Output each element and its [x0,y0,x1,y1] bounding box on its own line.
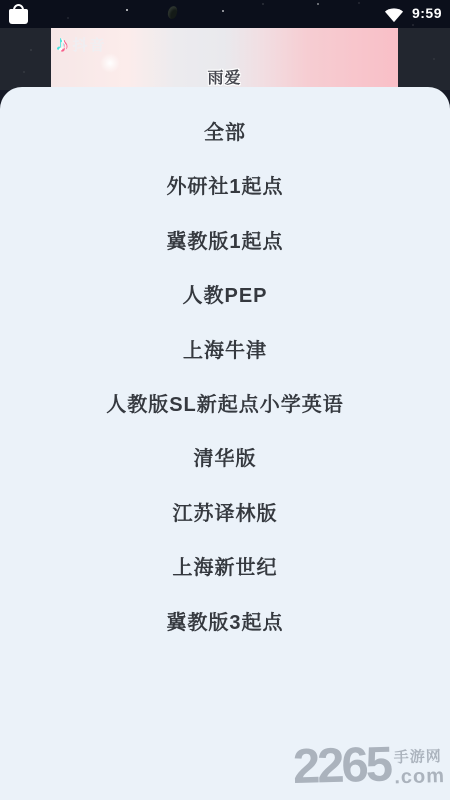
phone-screen: 9:59 ♪ 抖音 雨爱 全部 外研社1起点 冀教版1起点 人教PEP 上海牛津… [0,0,450,800]
wifi-icon [383,7,405,23]
music-note-icon: ♪ [57,34,68,55]
option-renjiao-pep[interactable]: 人教PEP [0,269,450,323]
textbook-option-list: 全部 外研社1起点 冀教版1起点 人教PEP 上海牛津 人教版SL新起点小学英语… [0,87,450,650]
option-jiangsu-yilinban[interactable]: 江苏译林版 [0,487,450,541]
option-jijiaoban-3[interactable]: 冀教版3起点 [0,596,450,650]
option-renjiaoban-sl[interactable]: 人教版SL新起点小学英语 [0,378,450,432]
status-bar: 9:59 [0,0,450,28]
douyin-wordmark: 抖音 [73,34,107,55]
watermark-domain: .com [394,766,445,787]
bag-body [9,9,28,24]
option-shanghai-xinshiji[interactable]: 上海新世纪 [0,541,450,595]
option-all[interactable]: 全部 [0,106,450,160]
watermark-number: 2265 [293,744,391,788]
textbook-picker-sheet: 全部 外研社1起点 冀教版1起点 人教PEP 上海牛津 人教版SL新起点小学英语… [0,87,450,800]
douyin-logo: ♪ 抖音 [57,34,107,55]
video-subtitle: 雨爱 [51,65,398,88]
douyin-video-preview[interactable]: ♪ 抖音 雨爱 [51,28,398,90]
site-watermark: 2265 手游网 .com [293,743,446,790]
option-qinghuaban[interactable]: 清华版 [0,432,450,486]
option-jijiaoban-1[interactable]: 冀教版1起点 [0,215,450,269]
watermark-site-name: 手游网 [394,745,445,767]
notification-bag-icon [9,4,28,24]
starfield-dots [0,0,2,2]
option-shanghai-niujin[interactable]: 上海牛津 [0,324,450,378]
status-time: 9:59 [412,5,442,21]
option-waiyanshe-1[interactable]: 外研社1起点 [0,160,450,214]
